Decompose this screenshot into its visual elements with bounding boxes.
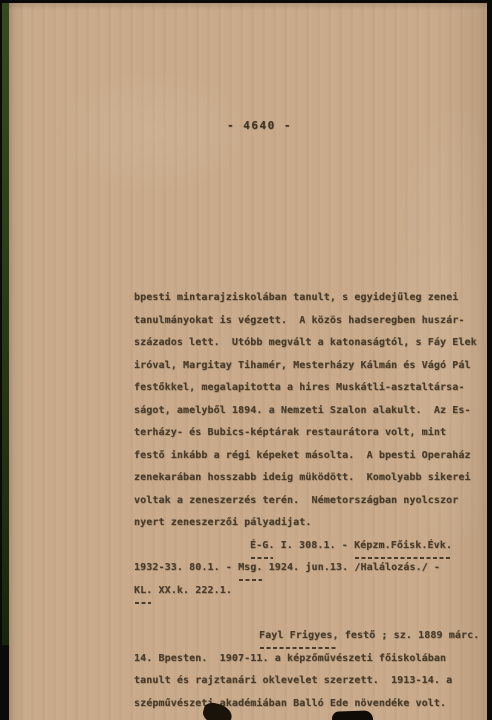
ink-blot (332, 710, 373, 720)
typewritten-line: voltak a zeneszerzés terén. Németországb… (134, 490, 478, 513)
reference-abbrev: Képzm.Főisk.Évk. (354, 535, 452, 558)
reference-text: 1924. jun.13. /Halálozás./ - (263, 562, 441, 573)
typewritten-line: szépművészeti akadémiában Balló Ede növe… (134, 693, 478, 716)
typewritten-line: festő inkább a régi képeket másolta. A b… (134, 445, 478, 468)
typewritten-line: terházy- és Bubics-képtárak restaurátora… (134, 422, 478, 445)
reference-abbrev: Msg. (238, 557, 262, 580)
reference-text: I. 308.1. - (274, 540, 354, 551)
typewritten-line: 14. Bpesten. 1907-11. a képzőművészeti f… (134, 648, 478, 671)
page-number: - 4640 - (227, 119, 292, 132)
typewritten-line: tanult és rajztanári oklevelet szerzett.… (134, 670, 478, 693)
typewritten-line: nyert zeneszerzői pályadijat. (134, 512, 478, 535)
reference-abbrev: KL. (134, 580, 152, 603)
typewritten-line: bpesti mintarajziskolában tanult, s egyi… (134, 287, 478, 310)
reference-line: 1932-33. 80.1. - Msg. 1924. jun.13. /Hal… (134, 557, 478, 580)
typewritten-line: iróval, Margitay Tihamér, Mesterházy Kál… (134, 355, 478, 378)
reference-line: É-G. I. 308.1. - Képzm.Főisk.Évk. (134, 535, 478, 558)
reference-line: KL. XX.k. 222.1. (134, 580, 478, 603)
entry-text: festő ; sz. 1889 márc. (339, 630, 480, 641)
typewritten-line: festőkkel, megalapitotta a hires Muskátl… (134, 377, 478, 400)
typewritten-line: zenekarában hosszabb ideig müködött. Kom… (134, 467, 478, 490)
scanned-document-page: - 4640 - bpesti mintarajziskolában tanul… (0, 0, 492, 720)
reference-text: XX.k. 222.1. (152, 585, 232, 596)
entry-heading-line: Fayl Frigyes, festő ; sz. 1889 márc. (134, 625, 478, 648)
typewritten-line: tanulmányokat is végzett. A közös hadser… (134, 310, 478, 333)
entry-name: Fayl Frigyes, (259, 625, 339, 648)
typewritten-text-block: bpesti mintarajziskolában tanult, s egyi… (134, 287, 478, 715)
typewritten-line: százados lett. Utóbb megvált a katonaság… (134, 332, 478, 355)
reference-abbrev: É-G. (250, 535, 274, 558)
reference-text: 1932-33. 80.1. - (134, 562, 238, 573)
typewritten-line: ságot, amelyből 1894. a Nemzeti Szalon a… (134, 400, 478, 423)
